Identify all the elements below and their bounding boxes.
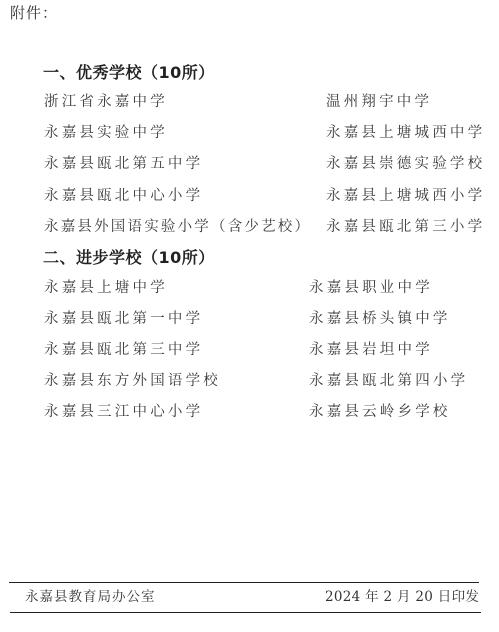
school-item: 永嘉县上塘城西中学 (326, 123, 485, 143)
school-item: 永嘉县岩坦中学 (309, 340, 433, 360)
school-item: 永嘉县东方外国语学校 (44, 371, 221, 391)
school-item: 永嘉县实验中学 (44, 123, 168, 143)
footer-issuer: 永嘉县教育局办公室 (25, 588, 156, 606)
attachment-label: 附件： (10, 2, 58, 23)
school-item: 永嘉县上塘中学 (44, 278, 168, 298)
footer-date: 2024 年 2 月 20 日印发 (325, 588, 479, 606)
school-item: 永嘉县瓯北第三小学 (326, 217, 485, 237)
section-heading-excellent: 一、优秀学校（10所） (43, 63, 215, 83)
school-item: 永嘉县职业中学 (309, 278, 433, 298)
school-item: 永嘉县外国语实验小学（含少艺校） (44, 217, 311, 237)
school-item: 永嘉县瓯北中心小学 (44, 186, 203, 206)
school-item: 永嘉县瓯北第四小学 (309, 371, 468, 391)
school-item: 永嘉县瓯北第三中学 (44, 340, 203, 360)
school-item: 温州翔宇中学 (326, 92, 432, 112)
school-item: 永嘉县瓯北第五中学 (44, 154, 203, 174)
footer-top-rule (9, 582, 479, 583)
school-item: 永嘉县崇德实验学校 (326, 154, 485, 174)
section-heading-improved: 二、进步学校（10所） (43, 248, 215, 268)
footer-bottom-rule (10, 612, 481, 613)
school-item: 永嘉县云岭乡学校 (309, 402, 451, 422)
school-item: 浙江省永嘉中学 (44, 92, 168, 112)
school-item: 永嘉县三江中心小学 (44, 402, 203, 422)
school-item: 永嘉县上塘城西小学 (326, 186, 485, 206)
school-item: 永嘉县桥头镇中学 (309, 309, 451, 329)
school-item: 永嘉县瓯北第一中学 (44, 309, 203, 329)
